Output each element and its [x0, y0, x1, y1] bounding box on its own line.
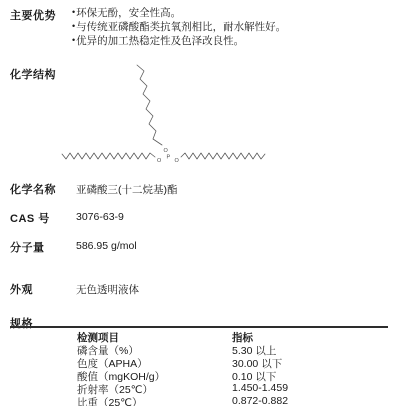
- cas-value: 3076-63-9: [76, 211, 124, 223]
- spec-label: 规格: [10, 315, 33, 331]
- table-row: 比重（25℃） 0.872-0.882: [0, 395, 406, 406]
- chemical-name-value: 亚磷酸三(十二烷基)酯: [76, 182, 178, 197]
- section-divider: [10, 326, 388, 328]
- advantage-text: 环保无酚，安全性高。: [76, 7, 181, 19]
- molecular-weight-value: 586.95 g/mol: [76, 240, 137, 252]
- spec-table-header: 检测项目 指标: [0, 330, 406, 343]
- advantages-label: 主要优势: [10, 7, 56, 23]
- phosphorus-atom-label: P: [167, 155, 171, 161]
- list-item: •优异的加工热稳定性及色泽改良性。: [72, 34, 286, 48]
- list-item: •与传统亚磷酸酯类抗氧剂相比，耐水解性好。: [72, 20, 286, 34]
- advantages-list: •环保无酚，安全性高。 •与传统亚磷酸酯类抗氧剂相比，耐水解性好。 •优异的加工…: [72, 6, 286, 48]
- advantage-text: 与传统亚磷酸酯类抗氧剂相比，耐水解性好。: [76, 21, 286, 33]
- oxygen-atom-label: O: [175, 158, 180, 164]
- chemical-structure-diagram: O P O O: [58, 62, 278, 167]
- list-item: •环保无酚，安全性高。: [72, 6, 286, 20]
- advantage-text: 优异的加工热稳定性及色泽改良性。: [76, 35, 244, 47]
- bullet-icon: •: [72, 21, 75, 31]
- appearance-label: 外观: [10, 281, 33, 297]
- spec-item: 比重（25℃）: [77, 395, 142, 406]
- alkyl-chain-right: [181, 153, 265, 159]
- appearance-value: 无色透明液体: [76, 282, 139, 297]
- chemical-name-label: 化学名称: [10, 181, 56, 197]
- bullet-icon: •: [72, 35, 75, 45]
- spec-table: 检测项目 指标 磷含量（%） 5.30 以上 色度（APHA） 30.00 以下…: [0, 330, 406, 406]
- oxygen-atom-label: O: [157, 158, 162, 164]
- structure-label: 化学结构: [10, 66, 56, 82]
- oxygen-atom-label: O: [164, 148, 169, 154]
- spec-value: 1.450-1.459: [232, 382, 288, 394]
- alkyl-chain-top: [137, 65, 162, 145]
- spec-value: 0.872-0.882: [232, 395, 288, 406]
- bullet-icon: •: [72, 7, 75, 17]
- molecular-weight-label: 分子量: [10, 239, 45, 255]
- alkyl-chain-left: [62, 153, 155, 159]
- table-row: 磷含量（%） 5.30 以上: [0, 343, 406, 356]
- table-row: 酸值（mgKOH/g） 0.10 以下: [0, 369, 406, 382]
- table-row: 色度（APHA） 30.00 以下: [0, 356, 406, 369]
- cas-label: CAS 号: [10, 210, 50, 226]
- table-row: 折射率（25℃） 1.450-1.459: [0, 382, 406, 395]
- datasheet-page: 主要优势 •环保无酚，安全性高。 •与传统亚磷酸酯类抗氧剂相比，耐水解性好。 •…: [0, 0, 406, 406]
